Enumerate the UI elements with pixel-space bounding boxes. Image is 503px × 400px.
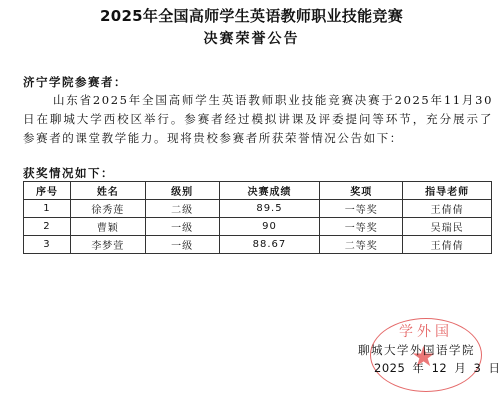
table-row: 2 曹颖 一级 90 一等奖 吴瑞民: [24, 218, 492, 236]
column-header-award: 奖项: [320, 182, 403, 200]
cell-index: 1: [24, 200, 71, 218]
salutation: 济宁学院参赛者：: [23, 74, 127, 90]
awards-subheading: 获奖情况如下：: [23, 165, 114, 181]
signing-date: 2025 年 12 月 3 日: [374, 360, 501, 376]
cell-index: 3: [24, 236, 71, 254]
cell-score: 90: [219, 218, 320, 236]
cell-level: 一级: [145, 236, 219, 254]
seal-text: 学外国: [371, 321, 481, 341]
cell-score: 88.67: [219, 236, 320, 254]
awards-table: 序号 姓名 级别 决赛成绩 奖项 指导老师 1 徐秀莲 二级 89.5 一等奖 …: [23, 181, 492, 254]
column-header-level: 级别: [145, 182, 219, 200]
table-row: 3 李梦萱 一级 88.67 二等奖 王倩倩: [24, 236, 492, 254]
announcement-subtitle: 决赛荣誉公告: [0, 28, 503, 48]
cell-name: 李梦萱: [70, 236, 145, 254]
cell-award: 二等奖: [320, 236, 403, 254]
cell-award: 一等奖: [320, 218, 403, 236]
cell-advisor: 王倩倩: [403, 200, 492, 218]
cell-name: 曹颖: [70, 218, 145, 236]
cell-award: 一等奖: [320, 200, 403, 218]
cell-level: 二级: [145, 200, 219, 218]
cell-advisor: 吴瑞民: [403, 218, 492, 236]
cell-name: 徐秀莲: [70, 200, 145, 218]
column-header-advisor: 指导老师: [403, 182, 492, 200]
signing-organization: 聊城大学外国语学院: [358, 342, 475, 358]
table-row: 1 徐秀莲 二级 89.5 一等奖 王倩倩: [24, 200, 492, 218]
cell-score: 89.5: [219, 200, 320, 218]
announcement-title: 2025年全国高师学生英语教师职业技能竞赛: [0, 5, 503, 26]
body-paragraph: 山东省2025年全国高师学生英语教师职业技能竞赛决赛于2025年11月30日在聊…: [23, 91, 493, 148]
cell-advisor: 王倩倩: [403, 236, 492, 254]
table-header-row: 序号 姓名 级别 决赛成绩 奖项 指导老师: [24, 182, 492, 200]
cell-index: 2: [24, 218, 71, 236]
column-header-score: 决赛成绩: [219, 182, 320, 200]
cell-level: 一级: [145, 218, 219, 236]
column-header-name: 姓名: [70, 182, 145, 200]
column-header-index: 序号: [24, 182, 71, 200]
